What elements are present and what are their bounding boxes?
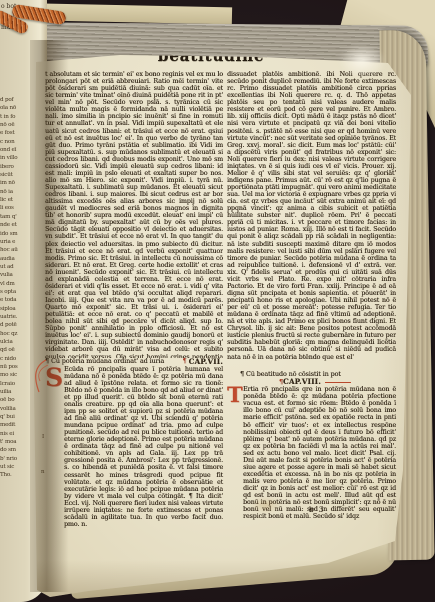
facing-page-text-fragment: oīa nō [0,104,27,112]
facing-page-text-fragment: q' bui [0,413,27,421]
facing-page-text-fragment: medit [0,421,27,429]
facing-page-text-fragment: oē bo [0,396,27,404]
facing-page-text-fragment: li eos [0,204,27,212]
facing-page-text-fragment: e fost [0,129,27,137]
facing-page-text-fragment: uatrie. [0,313,27,321]
chapter-eight-body-text: Ertia rō pncipalis qre in potēria mūdana… [243,386,396,504]
facing-page-text-fragment: c non [0,138,27,146]
rubricated-initial-t: T [227,387,241,401]
text-column-left: t absolutam et sic termin' ei' ex bono r… [45,71,223,499]
facing-page-text-fragment: nde et [0,221,27,229]
facing-page-text-fragment: volilia [0,405,27,413]
chapter-seven-body-text: Ecūda rō pncipalis quare ī potēria human… [64,366,223,499]
facing-page-text-fragment: mo sic [0,371,27,379]
initial-flourish-decoration [30,358,50,394]
facing-page-text-fragment: d potē [0,321,27,329]
facing-page-text-fragment: nō oē [0,121,27,129]
facing-page-text-fragment: ut ad [0,263,27,271]
facing-page-text-fragment: e toda [0,296,27,304]
facing-page-text-fragment: lcraio [0,380,27,388]
facing-page-text-fragment: t' moa [0,438,27,446]
facing-page-text-fragment: siploa [0,305,27,313]
margin-annotation: n [41,469,45,475]
facing-page-text-fragment: vulia [0,271,27,279]
red-pilcrow-icon: ¶ [183,358,187,366]
chapter-seven-body: SEcūda rō pncipalis quare ī potēria huma… [45,366,223,499]
facing-page-text-fragment: hoc qz [0,330,27,338]
pilcrow-icon: ¶ [240,371,244,378]
text-column-right: dissuadet platōis ambitionē. ibi Noli qu… [227,71,396,513]
facing-page-text-fragment: Tho. [0,471,27,479]
red-rule-stroke [325,382,351,383]
facing-page-text-fragment: d pof [0,96,27,104]
facing-page-text-fragment: qd oē [0,346,27,354]
facing-page-text-fragment: lic et [0,196,27,204]
chapter-eight-label: CAP.VIII. [283,378,321,386]
facing-page-text-fragment: in villo [0,154,27,162]
facing-page-text-fragment: im nō [0,179,27,187]
facing-page-text-fragment: nis ei [0,430,27,438]
facing-page-text-fragment: ut sic [0,463,27,471]
chapter-seven-heading-text: Cū potēria mūdana ordinat' ad iuria [51,358,164,366]
facing-page-text-fragment: uilia [0,388,27,396]
chapter-eight-body: TErtia rō pncipalis qre in potēria mūdan… [227,386,396,504]
facing-page-text-fragment: ond eī [0,146,27,154]
facing-page-text-fragment: sicūt [0,171,27,179]
margin-annotation: I [42,434,44,440]
facing-page-text-fragment: vl dm [0,280,27,288]
chapter-seven-label: CAP.VII. [189,358,223,366]
facing-page-text-fragment: nū pos [0,363,27,371]
facing-page-text-fragment: do sm [0,446,27,454]
left-column-body-text: t absolutam et sic termin' ei' ex bono r… [45,71,223,358]
chapter-seven-heading: ¶ Cū potēria mūdana ordinat' ad iuria ¶ … [45,358,223,366]
facing-page-text-fragment: ido sm [0,230,27,238]
facing-page-text-fragment: c nido [0,355,27,363]
facing-page-fragment-column: d pofoīa nōt in fonō oēe fostc nonond eī… [0,96,27,498]
facing-page-text-fragment: ulcia [0,338,27,346]
facing-page-text-fragment: s opta [0,288,27,296]
facing-page-text-fragment: ibero [0,163,27,171]
facing-page-text-fragment: t in fo [0,113,27,121]
facing-page-text-fragment: uria e [0,238,27,246]
book-photo: o botdondmdl ce d pofoīa nōt in fonō oēe… [0,0,435,602]
facing-page-text-fragment: tam q' [0,213,27,221]
facing-page-text-fragment: b' nrio [0,455,27,463]
right-column-body-text: dissuadet platōis ambitionē. ibi Noli qu… [227,71,396,371]
facing-page-text-fragment: nō ia [0,188,27,196]
facing-page-text-fragment: hoc aū [0,246,27,254]
facing-page-text-fragment: audia [0,255,27,263]
chapter-eight-label-line: ¶ CAP.VIII. [227,378,396,386]
recto-page: beatitudine 61 t absolutam et sic termin… [0,0,435,602]
